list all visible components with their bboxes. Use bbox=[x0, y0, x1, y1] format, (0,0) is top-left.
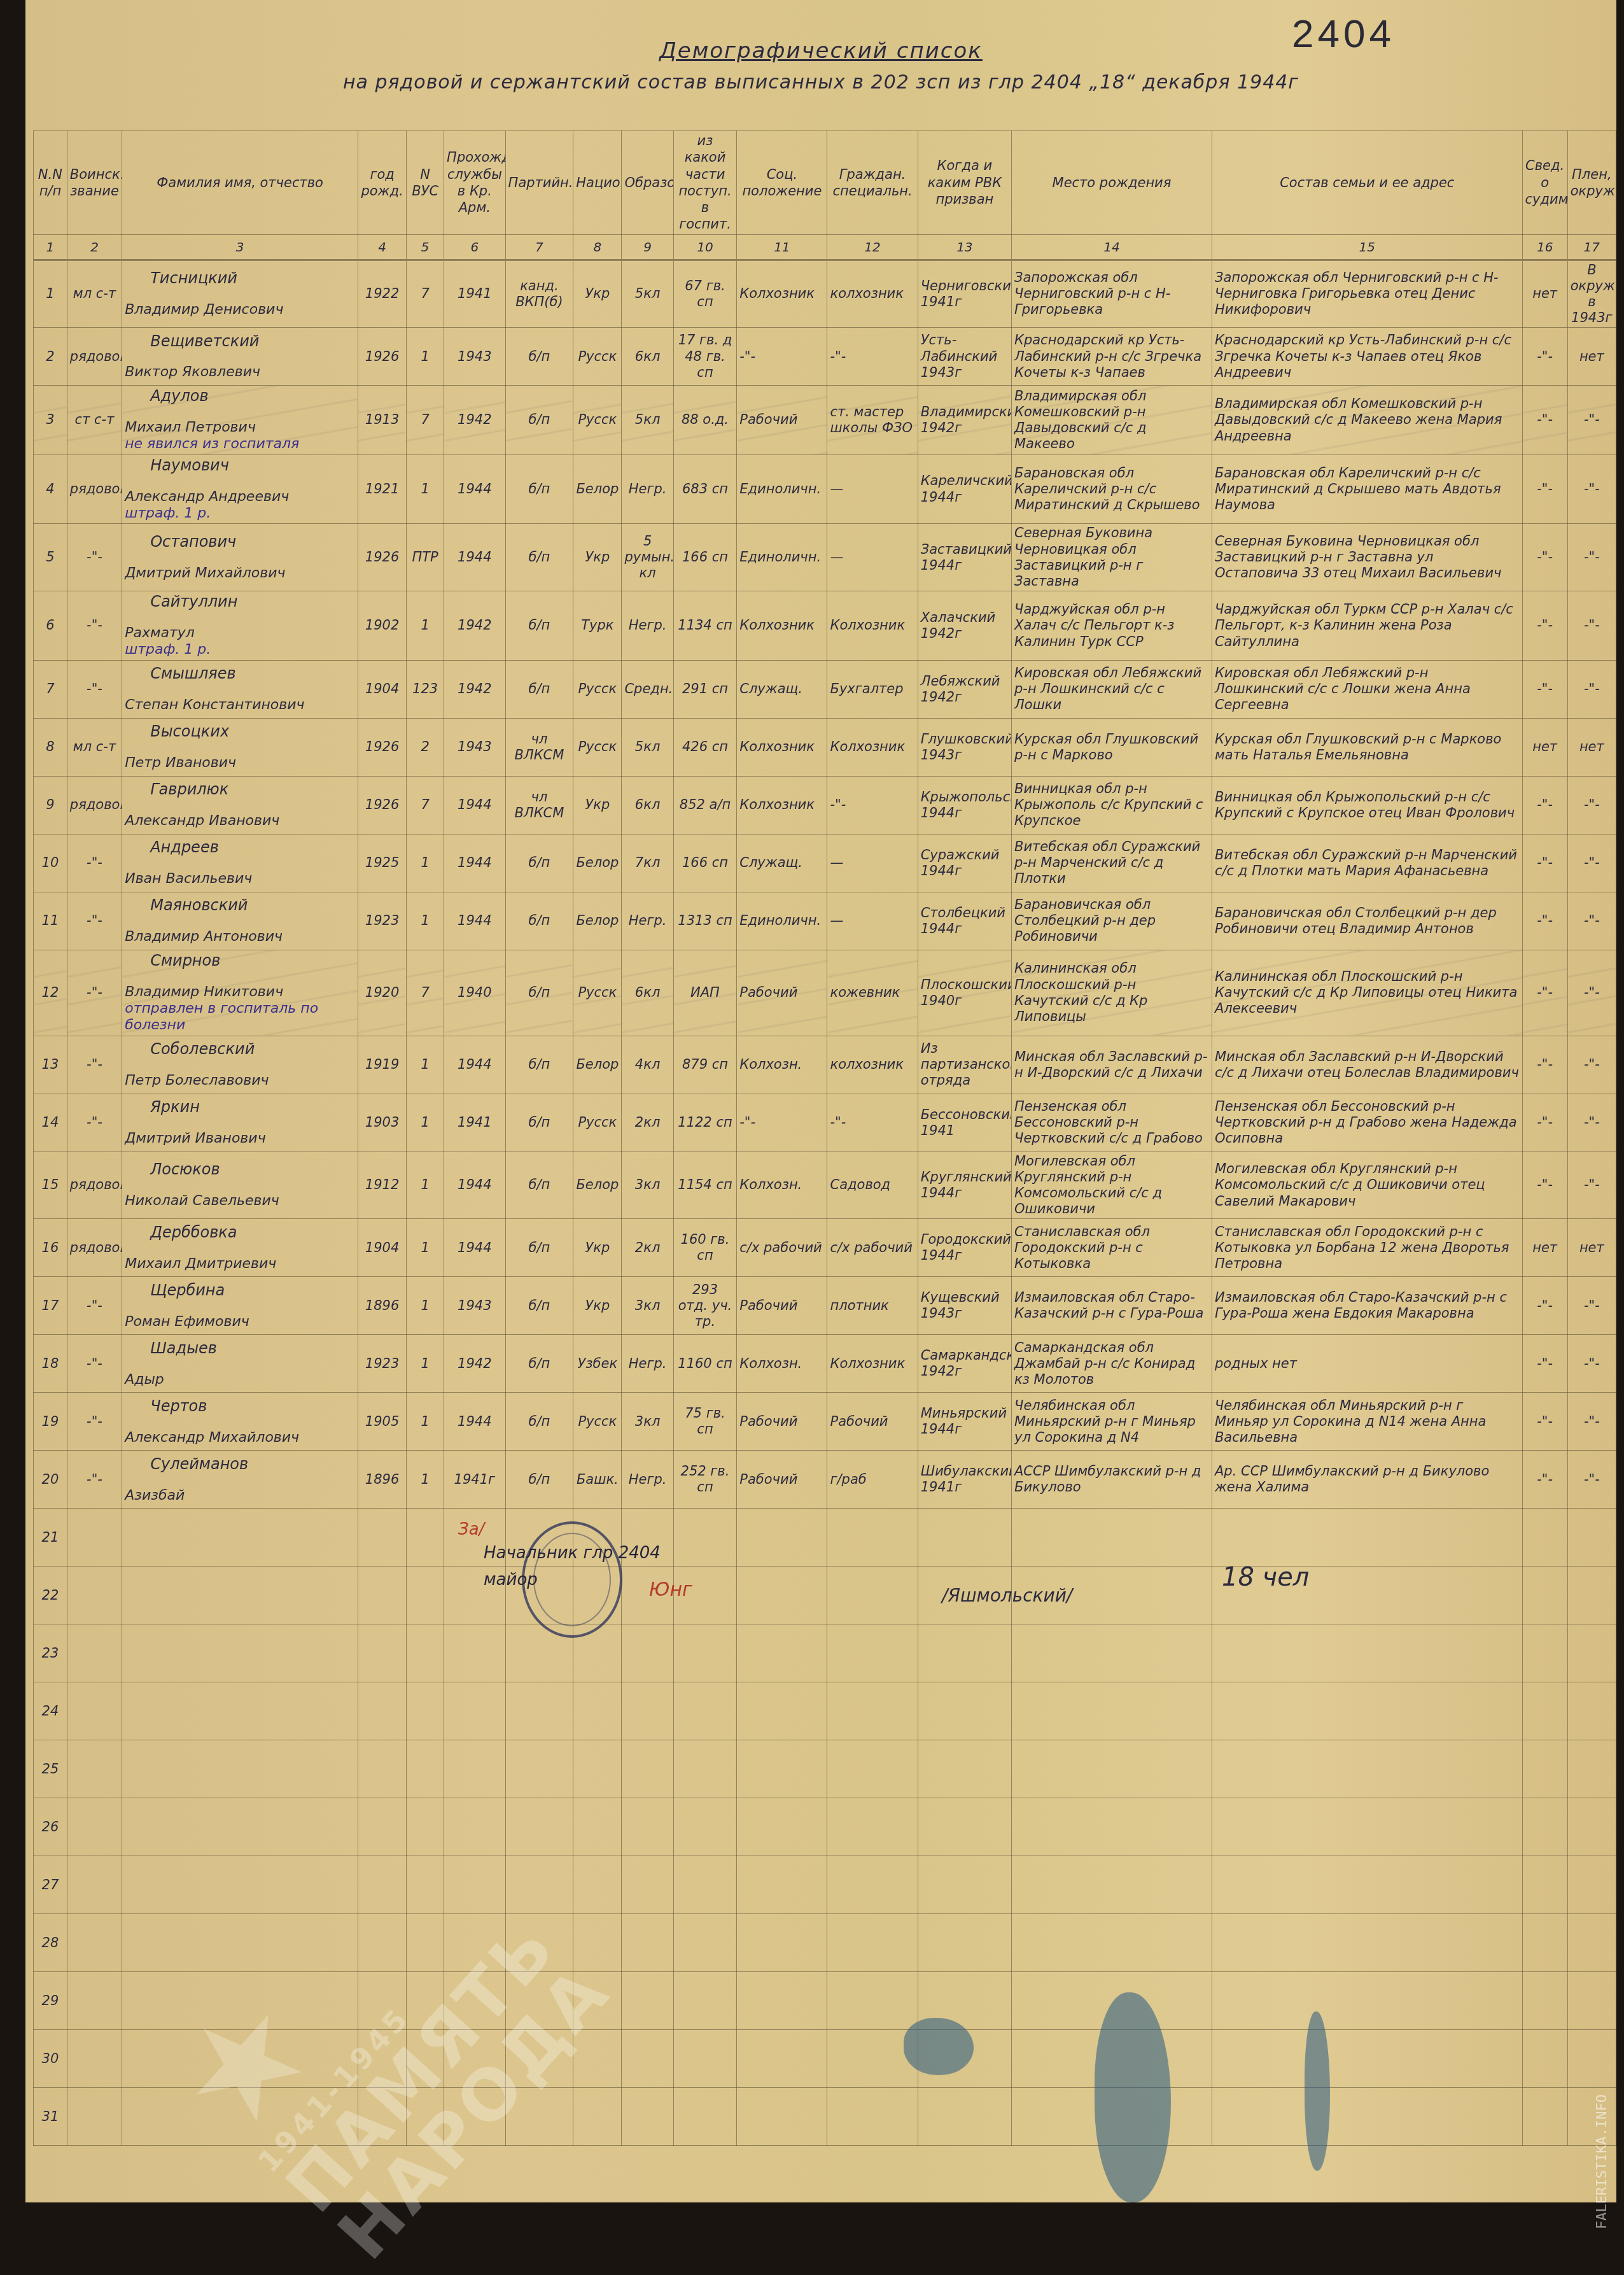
cell-rank: -"- bbox=[67, 1393, 122, 1451]
cell-party: б/п bbox=[505, 1451, 573, 1509]
empty-row: 26 bbox=[34, 1798, 1616, 1856]
cell-family: Калининская обл Плоскошский р-н Качутски… bbox=[1212, 950, 1522, 1036]
cell-social: Рабочий bbox=[737, 1393, 827, 1451]
cell-rank: -"- bbox=[67, 950, 122, 1036]
cell-family: Ар. ССР Шимбулакский р-н д Бикулово жена… bbox=[1212, 1451, 1522, 1509]
cell-birthplace: Барановская обл Кареличский р-н с/с Мира… bbox=[1012, 454, 1212, 524]
annotation: штраф. 1 р. bbox=[125, 505, 211, 521]
cell-unit: 1313 сп bbox=[673, 892, 737, 950]
row-number: 31 bbox=[34, 2088, 67, 2146]
cell-specialty: — bbox=[827, 834, 918, 892]
cell-nat: Белор bbox=[573, 1036, 622, 1094]
row-number: 28 bbox=[34, 1914, 67, 1972]
cell-service: 1944 bbox=[444, 1036, 506, 1094]
column-number: 5 bbox=[407, 234, 444, 260]
full-name-cell: НаумовичАлександр Андреевичштраф. 1 р. bbox=[122, 454, 358, 524]
cell-conv: -"- bbox=[1522, 454, 1567, 524]
annotation: штраф. 1 р. bbox=[125, 642, 211, 658]
cell-specialty: -"- bbox=[827, 1094, 918, 1152]
column-number: 13 bbox=[918, 234, 1011, 260]
cell-rank: -"- bbox=[67, 834, 122, 892]
cell-specialty: Колхозник bbox=[827, 591, 918, 661]
surname: Дерббовка bbox=[125, 1223, 355, 1242]
cell-vus: 1 bbox=[407, 1152, 444, 1219]
given-name: Иван Васильевич bbox=[125, 871, 355, 887]
cell-party: чл ВЛКСМ bbox=[505, 776, 573, 834]
cell-born: 1926 bbox=[358, 776, 406, 834]
empty-row: 27 bbox=[34, 1856, 1616, 1914]
cell-family: Витебская обл Суражский р-н Марченский с… bbox=[1212, 834, 1522, 892]
cell-service: 1941 bbox=[444, 260, 506, 328]
cell-unit: 166 сп bbox=[673, 834, 737, 892]
cell-specialty: Колхозник bbox=[827, 1335, 918, 1393]
cell-nat: Укр bbox=[573, 524, 622, 591]
cell-captivity: нет bbox=[1567, 718, 1616, 776]
column-header: N.N п/п bbox=[34, 131, 67, 235]
cell-rank: -"- bbox=[67, 1094, 122, 1152]
cell-rank: -"- bbox=[67, 892, 122, 950]
surname: Смирнов bbox=[125, 952, 355, 970]
cell-party: б/п bbox=[505, 386, 573, 455]
roster-row: 12-"-СмирновВладимир Никитовичотправлен … bbox=[34, 950, 1616, 1036]
cell-social: Рабочий bbox=[737, 386, 827, 455]
cell-n: 16 bbox=[34, 1219, 67, 1277]
cell-unit: 1122 сп bbox=[673, 1094, 737, 1152]
column-number: 6 bbox=[444, 234, 506, 260]
column-header: Прохожд. службы в Кр. Арм. bbox=[444, 131, 506, 235]
cell-captivity: В окруж. в 1943г bbox=[1567, 260, 1616, 328]
cell-specialty: колхозник bbox=[827, 1036, 918, 1094]
cell-n: 5 bbox=[34, 524, 67, 591]
cell-born: 1902 bbox=[358, 591, 406, 661]
roster-row: 3ст с-тАдуловМихаил Петровичне явился из… bbox=[34, 386, 1616, 455]
cell-party: б/п bbox=[505, 950, 573, 1036]
column-header: Место рождения bbox=[1012, 131, 1212, 235]
column-number: 11 bbox=[737, 234, 827, 260]
cell-social: Рабочий bbox=[737, 950, 827, 1036]
cell-edu: 2кл bbox=[622, 1219, 673, 1277]
full-name-cell: СоболевскийПетр Болеславович bbox=[122, 1036, 358, 1094]
surname: Остапович bbox=[125, 533, 355, 551]
full-name-cell: ЯркинДмитрий Иванович bbox=[122, 1094, 358, 1152]
cell-captivity: нет bbox=[1567, 1219, 1616, 1277]
cell-n: 1 bbox=[34, 260, 67, 328]
cell-family: Владимирская обл Комешковский р-н Давыдо… bbox=[1212, 386, 1522, 455]
cell-party: б/п bbox=[505, 1277, 573, 1335]
cell-birthplace: Калининская обл Плоскошский р-н Качутски… bbox=[1012, 950, 1212, 1036]
cell-social: Колхозник bbox=[737, 591, 827, 661]
cell-conv: -"- bbox=[1522, 1451, 1567, 1509]
cell-conv: -"- bbox=[1522, 834, 1567, 892]
cell-specialty: Рабочий bbox=[827, 1393, 918, 1451]
cell-vus: 1 bbox=[407, 1094, 444, 1152]
full-name-cell: СайтуллинРахматулштраф. 1 р. bbox=[122, 591, 358, 661]
roster-row: 13-"-СоболевскийПетр Болеславович1919119… bbox=[34, 1036, 1616, 1094]
cell-rank: рядовой bbox=[67, 1219, 122, 1277]
cell-family: Могилевская обл Круглянский р-н Комсомол… bbox=[1212, 1152, 1522, 1219]
roster-row: 5-"-ОстаповичДмитрий Михайлович1926ПТР19… bbox=[34, 524, 1616, 591]
surname: Тисницкий bbox=[125, 269, 355, 288]
full-name-cell: ЩербинаРоман Ефимович bbox=[122, 1277, 358, 1335]
cell-birthplace: Измаиловская обл Старо-Казачский р-н с Г… bbox=[1012, 1277, 1212, 1335]
roster-row: 18-"-ШадыевАдыр192311942б/пУзбекНегр.116… bbox=[34, 1335, 1616, 1393]
cell-family: Кировская обл Лебяжский р-н Лошкинский с… bbox=[1212, 660, 1522, 718]
cell-n: 20 bbox=[34, 1451, 67, 1509]
cell-rvk: Кущевский 1943г bbox=[918, 1277, 1011, 1335]
full-name-cell: СмирновВладимир Никитовичотправлен в гос… bbox=[122, 950, 358, 1036]
cell-nat: Русск bbox=[573, 328, 622, 386]
full-name-cell: ДерббовкаМихаил Дмитриевич bbox=[122, 1219, 358, 1277]
given-name: Дмитрий Иванович bbox=[125, 1130, 355, 1147]
cell-nat: Укр bbox=[573, 1277, 622, 1335]
cell-vus: 7 bbox=[407, 950, 444, 1036]
cell-nat: Турк bbox=[573, 591, 622, 661]
cell-conv: -"- bbox=[1522, 524, 1567, 591]
cell-vus: 1 bbox=[407, 1335, 444, 1393]
cell-nat: Белор bbox=[573, 892, 622, 950]
cell-birthplace: Станиславская обл Городокский р-н с Коты… bbox=[1012, 1219, 1212, 1277]
cell-social: Рабочий bbox=[737, 1451, 827, 1509]
cell-nat: Укр bbox=[573, 1219, 622, 1277]
cell-born: 1905 bbox=[358, 1393, 406, 1451]
cell-service: 1942 bbox=[444, 591, 506, 661]
cell-specialty: ст. мастер школы ФЗО bbox=[827, 386, 918, 455]
cell-service: 1944 bbox=[444, 524, 506, 591]
cell-rank: -"- bbox=[67, 1036, 122, 1094]
full-name-cell: ГаврилюкАлександр Иванович bbox=[122, 776, 358, 834]
roster-row: 16рядовойДерббовкаМихаил Дмитриевич19041… bbox=[34, 1219, 1616, 1277]
cell-conv: нет bbox=[1522, 260, 1567, 328]
cell-specialty: — bbox=[827, 892, 918, 950]
cell-rvk: Городокский 1944г bbox=[918, 1219, 1011, 1277]
cell-nat: Русск bbox=[573, 660, 622, 718]
roster-table: N.N п/пВоинск. званиеФамилия имя, отчест… bbox=[33, 130, 1616, 2146]
cell-birthplace: Северная Буковина Черновицкая обл Застав… bbox=[1012, 524, 1212, 591]
cell-birthplace: Пензенская обл Бессоновский р-н Чертковс… bbox=[1012, 1094, 1212, 1152]
cell-vus: 1 bbox=[407, 1036, 444, 1094]
cell-rvk: Суражский 1944г bbox=[918, 834, 1011, 892]
given-name: Александр Михайлович bbox=[125, 1430, 355, 1446]
given-name: Владимир Никитович bbox=[125, 984, 355, 1001]
row-number: 26 bbox=[34, 1798, 67, 1856]
cell-family: Курская обл Глушковский р-н с Марково ма… bbox=[1212, 718, 1522, 776]
cell-vus: 1 bbox=[407, 591, 444, 661]
cell-family: Чарджуйская обл Туркм ССР р-н Халач с/с … bbox=[1212, 591, 1522, 661]
column-number: 8 bbox=[573, 234, 622, 260]
roster-row: 17-"-ЩербинаРоман Ефимович189611943б/пУк… bbox=[34, 1277, 1616, 1335]
cell-born: 1904 bbox=[358, 660, 406, 718]
given-name: Дмитрий Михайлович bbox=[125, 565, 355, 582]
cell-rvk: Усть-Лабинский 1943г bbox=[918, 328, 1011, 386]
cell-nat: Укр bbox=[573, 776, 622, 834]
cell-conv: -"- bbox=[1522, 1277, 1567, 1335]
cell-nat: Укр bbox=[573, 260, 622, 328]
column-header: Свед. о судим. bbox=[1522, 131, 1567, 235]
cell-unit: 293 отд. уч. тр. bbox=[673, 1277, 737, 1335]
cell-service: 1944 bbox=[444, 892, 506, 950]
cell-rvk: Бессоновский 1941 bbox=[918, 1094, 1011, 1152]
surname: Сулейманов bbox=[125, 1455, 355, 1474]
cell-vus: ПТР bbox=[407, 524, 444, 591]
cell-rvk: Кареличский 1944г bbox=[918, 454, 1011, 524]
cell-social: Рабочий bbox=[737, 1277, 827, 1335]
cell-n: 10 bbox=[34, 834, 67, 892]
cell-service: 1940 bbox=[444, 950, 506, 1036]
cell-n: 11 bbox=[34, 892, 67, 950]
red-mark: За/ bbox=[458, 1520, 484, 1539]
cell-unit: 683 сп bbox=[673, 454, 737, 524]
cell-social: Единоличн. bbox=[737, 454, 827, 524]
full-name-cell: ОстаповичДмитрий Михайлович bbox=[122, 524, 358, 591]
full-name-cell: ЧертовАлександр Михайлович bbox=[122, 1393, 358, 1451]
cell-n: 4 bbox=[34, 454, 67, 524]
cell-rank: мл с-т bbox=[67, 718, 122, 776]
given-name: Николай Савельевич bbox=[125, 1193, 355, 1209]
cell-party: б/п bbox=[505, 1393, 573, 1451]
cell-n: 14 bbox=[34, 1094, 67, 1152]
column-number: 17 bbox=[1567, 234, 1616, 260]
cell-party: чл ВЛКСМ bbox=[505, 718, 573, 776]
surname: Высоцких bbox=[125, 722, 355, 741]
cell-family: Измаиловская обл Старо-Казачский р-н с Г… bbox=[1212, 1277, 1522, 1335]
cell-service: 1944 bbox=[444, 1219, 506, 1277]
roster-body: 1мл с-тТисницкийВладимир Денисович192271… bbox=[34, 260, 1616, 2146]
cell-party: б/п bbox=[505, 892, 573, 950]
cell-social: Колхозник bbox=[737, 718, 827, 776]
cell-social: с/х рабочий bbox=[737, 1219, 827, 1277]
cell-born: 1922 bbox=[358, 260, 406, 328]
cell-specialty: -"- bbox=[827, 328, 918, 386]
roster-row: 15рядовойЛосюковНиколай Савельевич191211… bbox=[34, 1152, 1616, 1219]
cell-vus: 1 bbox=[407, 328, 444, 386]
cell-conv: -"- bbox=[1522, 591, 1567, 661]
full-name-cell: АдуловМихаил Петровичне явился из госпит… bbox=[122, 386, 358, 455]
column-header: Воинск. звание bbox=[67, 131, 122, 235]
cell-edu: 6кл bbox=[622, 776, 673, 834]
cell-party: б/п bbox=[505, 834, 573, 892]
ink-blot bbox=[904, 2018, 974, 2075]
cell-rvk: Столбецкий 1944г bbox=[918, 892, 1011, 950]
cell-social: Колхозн. bbox=[737, 1036, 827, 1094]
cell-family: Краснодарский кр Усть-Лабинский р-н с/с … bbox=[1212, 328, 1522, 386]
cell-specialty: Колхозник bbox=[827, 718, 918, 776]
cell-social: Колхозник bbox=[737, 776, 827, 834]
cell-n: 13 bbox=[34, 1036, 67, 1094]
cell-rvk: Миньярский 1944г bbox=[918, 1393, 1011, 1451]
cell-social: -"- bbox=[737, 1094, 827, 1152]
row-number: 27 bbox=[34, 1856, 67, 1914]
cell-born: 1926 bbox=[358, 718, 406, 776]
cell-born: 1921 bbox=[358, 454, 406, 524]
cell-captivity: -"- bbox=[1567, 1277, 1616, 1335]
full-name-cell: ВещиветскийВиктор Яковлевич bbox=[122, 328, 358, 386]
cell-captivity: -"- bbox=[1567, 950, 1616, 1036]
cell-birthplace: Минская обл Заславский р-н И-Дворский с/… bbox=[1012, 1036, 1212, 1094]
cell-birthplace: Челябинская обл Миньярский р-н г Миньяр … bbox=[1012, 1393, 1212, 1451]
cell-vus: 2 bbox=[407, 718, 444, 776]
cell-captivity: -"- bbox=[1567, 1451, 1616, 1509]
full-name-cell: СулеймановАзизбай bbox=[122, 1451, 358, 1509]
column-number: 3 bbox=[122, 234, 358, 260]
cell-conv: -"- bbox=[1522, 1036, 1567, 1094]
cell-n: 19 bbox=[34, 1393, 67, 1451]
cell-specialty: — bbox=[827, 524, 918, 591]
cell-family: родных нет bbox=[1212, 1335, 1522, 1393]
surname: Сайтуллин bbox=[125, 593, 355, 611]
roster-row: 8мл с-тВысоцкихПетр Иванович192621943чл … bbox=[34, 718, 1616, 776]
roster-row: 2рядовойВещиветскийВиктор Яковлевич19261… bbox=[34, 328, 1616, 386]
cell-service: 1943 bbox=[444, 718, 506, 776]
cell-birthplace: Курская обл Глушковский р-н с Марково bbox=[1012, 718, 1212, 776]
roster-row: 20-"-СулеймановАзизбай189611941гб/пБашк.… bbox=[34, 1451, 1616, 1509]
cell-n: 7 bbox=[34, 660, 67, 718]
cell-conv: -"- bbox=[1522, 386, 1567, 455]
cell-edu: 5кл bbox=[622, 260, 673, 328]
cell-nat: Русск bbox=[573, 1094, 622, 1152]
given-name: Владимир Денисович bbox=[125, 302, 355, 318]
cell-nat: Белор bbox=[573, 834, 622, 892]
cell-service: 1942 bbox=[444, 660, 506, 718]
cell-captivity: -"- bbox=[1567, 524, 1616, 591]
cell-party: б/п bbox=[505, 524, 573, 591]
signer-name: /Яшмольский/ bbox=[942, 1585, 1072, 1606]
cell-party: б/п bbox=[505, 454, 573, 524]
cell-specialty: кожевник bbox=[827, 950, 918, 1036]
column-number-row: 1234567891011121314151617 bbox=[34, 234, 1616, 260]
red-signature: Юнг bbox=[649, 1579, 692, 1601]
cell-birthplace: Кировская обл Лебяжский р-н Лошкинский с… bbox=[1012, 660, 1212, 718]
cell-party: б/п bbox=[505, 328, 573, 386]
signature-title: Начальник глр 2404 майор bbox=[484, 1540, 661, 1593]
surname: Чертов bbox=[125, 1397, 355, 1416]
column-number: 15 bbox=[1212, 234, 1522, 260]
cell-born: 1913 bbox=[358, 386, 406, 455]
cell-rvk: Круглянский 1944г bbox=[918, 1152, 1011, 1219]
column-header: Партийн. bbox=[505, 131, 573, 235]
surname: Щербина bbox=[125, 1281, 355, 1300]
full-name-cell: АндреевИван Васильевич bbox=[122, 834, 358, 892]
cell-conv: нет bbox=[1522, 718, 1567, 776]
roster-row: 6-"-СайтуллинРахматулштраф. 1 р.19021194… bbox=[34, 591, 1616, 661]
cell-captivity: -"- bbox=[1567, 454, 1616, 524]
cell-specialty: Бухгалтер bbox=[827, 660, 918, 718]
column-number: 4 bbox=[358, 234, 406, 260]
cell-rank: -"- bbox=[67, 591, 122, 661]
cell-unit: 291 сп bbox=[673, 660, 737, 718]
cell-social: Колхозн. bbox=[737, 1152, 827, 1219]
cell-birthplace: Самаркандская обл Джамбай р-н с/с Конира… bbox=[1012, 1335, 1212, 1393]
given-name: Петр Болеславович bbox=[125, 1073, 355, 1089]
column-number: 14 bbox=[1012, 234, 1212, 260]
cell-vus: 1 bbox=[407, 892, 444, 950]
column-header: Фамилия имя, отчество bbox=[122, 131, 358, 235]
given-name: Александр Андреевич bbox=[125, 489, 355, 505]
annotation: отправлен в госпиталь по болезни bbox=[125, 1001, 318, 1033]
cell-born: 1925 bbox=[358, 834, 406, 892]
signature-block: За/ Начальник глр 2404 майор Юнг /Яшмоль… bbox=[25, 1515, 1616, 1642]
cell-social: Единоличн. bbox=[737, 524, 827, 591]
cell-specialty: — bbox=[827, 454, 918, 524]
cell-family: Челябинская обл Миньярский р-н г Миньяр … bbox=[1212, 1393, 1522, 1451]
cell-nat: Русск bbox=[573, 1393, 622, 1451]
column-header: год рожд. bbox=[358, 131, 406, 235]
cell-unit: 160 гв. сп bbox=[673, 1219, 737, 1277]
count-note: 18 чел bbox=[1222, 1563, 1309, 1592]
cell-social: Единоличн. bbox=[737, 892, 827, 950]
cell-nat: Русск bbox=[573, 386, 622, 455]
cell-edu: Негр. bbox=[622, 1451, 673, 1509]
cell-conv: -"- bbox=[1522, 660, 1567, 718]
cell-vus: 7 bbox=[407, 386, 444, 455]
cell-social: Служащ. bbox=[737, 660, 827, 718]
cell-edu: 3кл bbox=[622, 1152, 673, 1219]
column-number: 12 bbox=[827, 234, 918, 260]
given-name: Петр Иванович bbox=[125, 755, 355, 771]
cell-rvk: Лебяжский 1942г bbox=[918, 660, 1011, 718]
cell-party: б/п bbox=[505, 591, 573, 661]
full-name-cell: ВысоцкихПетр Иванович bbox=[122, 718, 358, 776]
given-name: Виктор Яковлевич bbox=[125, 364, 355, 381]
cell-vus: 123 bbox=[407, 660, 444, 718]
cell-edu: 7кл bbox=[622, 834, 673, 892]
cell-vus: 7 bbox=[407, 776, 444, 834]
roster-row: 14-"-ЯркинДмитрий Иванович190311941б/пРу… bbox=[34, 1094, 1616, 1152]
surname: Лосюков bbox=[125, 1160, 355, 1179]
row-number: 29 bbox=[34, 1972, 67, 2030]
cell-nat: Русск bbox=[573, 718, 622, 776]
cell-n: 9 bbox=[34, 776, 67, 834]
cell-party: б/п bbox=[505, 660, 573, 718]
cell-conv: нет bbox=[1522, 1219, 1567, 1277]
cell-captivity: -"- bbox=[1567, 591, 1616, 661]
column-number: 10 bbox=[673, 234, 737, 260]
cell-conv: -"- bbox=[1522, 1393, 1567, 1451]
full-name-cell: МаяновскийВладимир Антонович bbox=[122, 892, 358, 950]
given-name: Михаил Петрович bbox=[125, 419, 355, 436]
full-name-cell: ТисницкийВладимир Денисович bbox=[122, 260, 358, 328]
cell-social: Колхозник bbox=[737, 260, 827, 328]
cell-n: 8 bbox=[34, 718, 67, 776]
cell-edu: 3кл bbox=[622, 1277, 673, 1335]
surname: Адулов bbox=[125, 387, 355, 405]
cell-rank: -"- bbox=[67, 1277, 122, 1335]
column-header: Национальн. bbox=[573, 131, 622, 235]
cell-captivity: -"- bbox=[1567, 1335, 1616, 1393]
cell-social: Служащ. bbox=[737, 834, 827, 892]
cell-conv: -"- bbox=[1522, 950, 1567, 1036]
cell-rank: ст с-т bbox=[67, 386, 122, 455]
given-name: Александр Иванович bbox=[125, 813, 355, 829]
cell-family: Северная Буковина Черновицкая обл Застав… bbox=[1212, 524, 1522, 591]
cell-conv: -"- bbox=[1522, 328, 1567, 386]
cell-birthplace: Винницкая обл р-н Крыжополь с/с Крупский… bbox=[1012, 776, 1212, 834]
cell-edu: Негр. bbox=[622, 591, 673, 661]
cell-family: Барановичская обл Столбецкий р-н дер Роб… bbox=[1212, 892, 1522, 950]
surname: Шадыев bbox=[125, 1339, 355, 1358]
cell-party: б/п bbox=[505, 1219, 573, 1277]
cell-nat: Белор bbox=[573, 1152, 622, 1219]
cell-party: б/п bbox=[505, 1094, 573, 1152]
cell-born: 1920 bbox=[358, 950, 406, 1036]
cell-conv: -"- bbox=[1522, 1094, 1567, 1152]
cell-rank: -"- bbox=[67, 660, 122, 718]
cell-edu: 5кл bbox=[622, 718, 673, 776]
cell-edu: 6кл bbox=[622, 328, 673, 386]
given-name: Азизбай bbox=[125, 1488, 355, 1504]
column-header: из какой части поступ. в госпит. bbox=[673, 131, 737, 235]
cell-unit: 852 а/п bbox=[673, 776, 737, 834]
cell-edu: 5 румын. кл bbox=[622, 524, 673, 591]
